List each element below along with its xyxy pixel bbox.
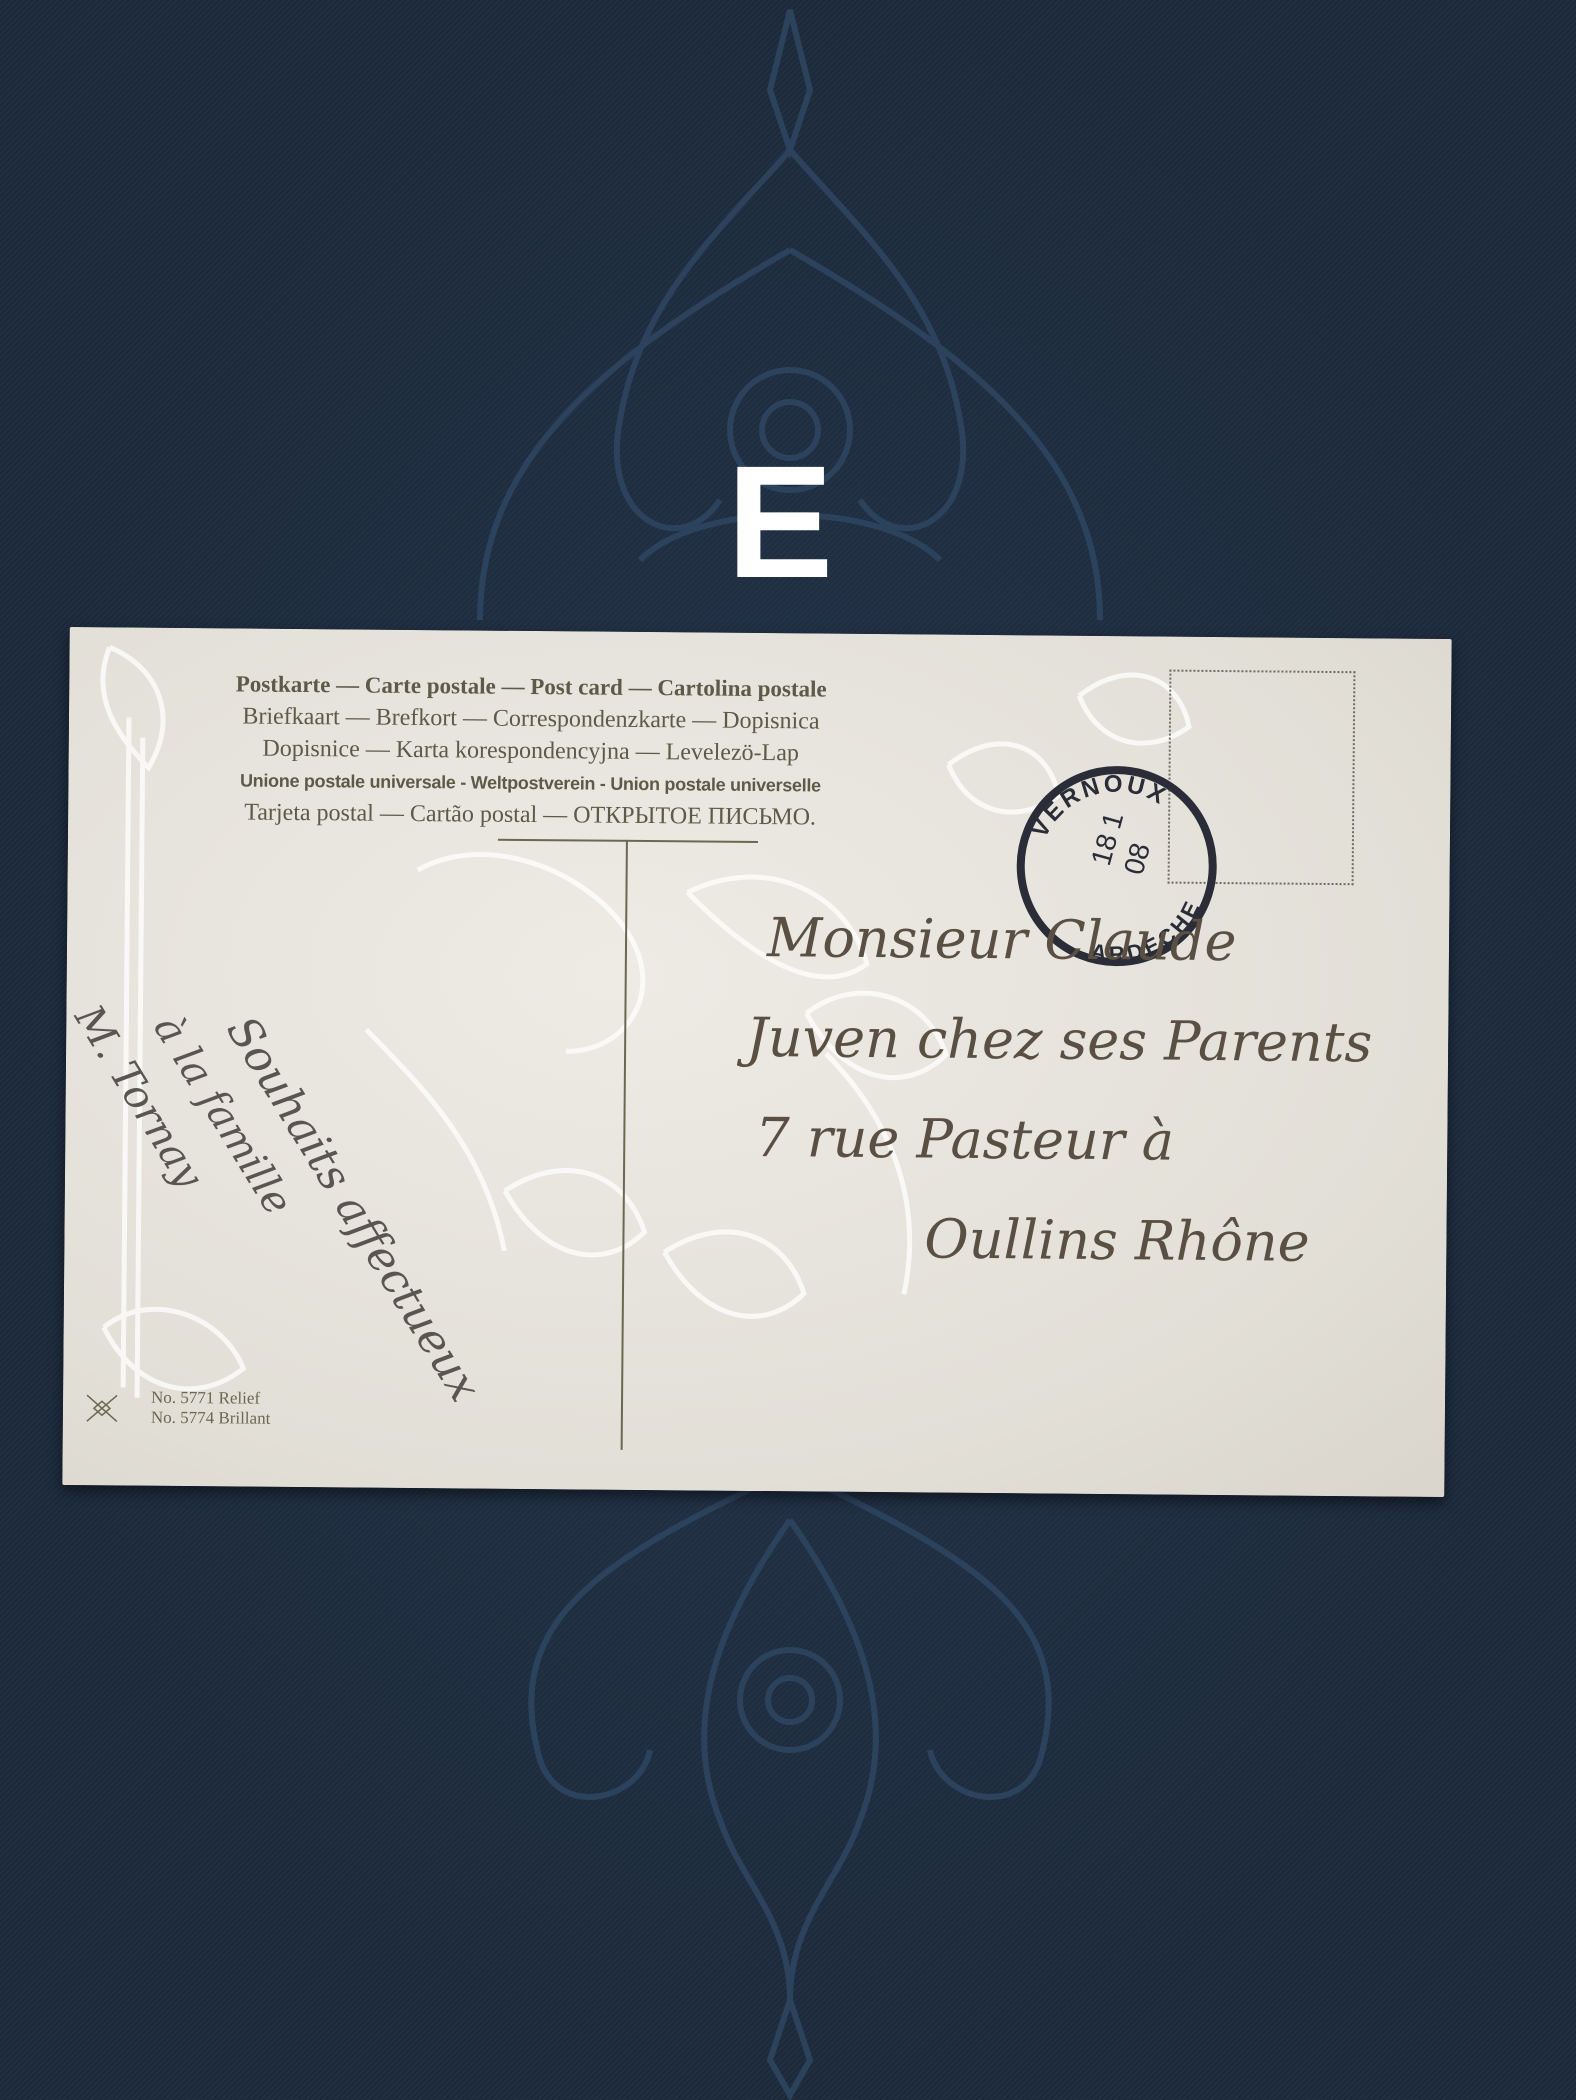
handwritten-address: Monsieur Claude Juven chez ses Parents 7… — [744, 888, 1437, 1294]
postmark-day: 18 — [1085, 830, 1123, 868]
message-address-divider — [621, 840, 628, 1450]
publisher-line-2: No. 5774 Brillant — [151, 1408, 271, 1429]
address-line-1: Monsieur Claude — [767, 888, 1438, 994]
publisher-mark: No. 5771 Relief No. 5774 Brillant — [83, 1387, 271, 1429]
address-line-2: Juven chez ses Parents — [746, 988, 1437, 1094]
publisher-line-1: No. 5771 Relief — [151, 1388, 271, 1409]
printed-header: Postkarte — Carte postale — Post card — … — [130, 668, 931, 835]
address-line-4: Oullins Rhône — [924, 1189, 1435, 1293]
publisher-logo-icon — [83, 1391, 121, 1425]
header-line-5: Tarjeta postal — Cartão postal — ОТКРЫТО… — [130, 796, 930, 835]
postcard: Postkarte — Carte postale — Post card — … — [62, 627, 1451, 1497]
overlay-letter-label: E — [722, 452, 838, 592]
postmark-month: 1 — [1095, 809, 1129, 832]
postmark-year: 08 — [1118, 840, 1156, 878]
address-line-3: 7 rue Pasteur à — [755, 1088, 1436, 1194]
